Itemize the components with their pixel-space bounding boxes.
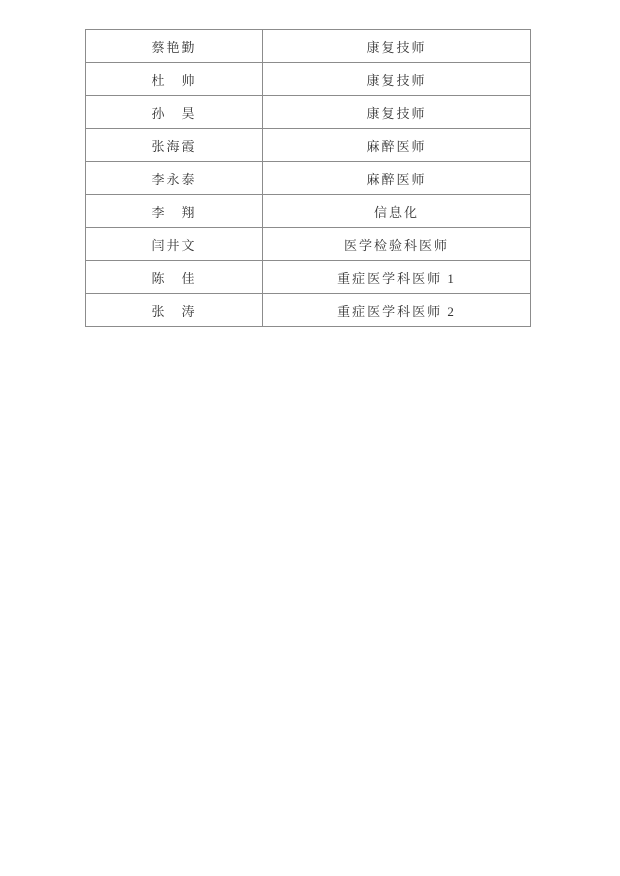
staff-table: 蔡艳勤康复技师杜 帅康复技师孙 昊康复技师张海霞麻醉医师李永泰麻醉医师李 翔信息…	[85, 29, 531, 327]
staff-role-cell: 信息化	[263, 195, 531, 228]
staff-role-cell: 康复技师	[263, 96, 531, 129]
document-page: 蔡艳勤康复技师杜 帅康复技师孙 昊康复技师张海霞麻醉医师李永泰麻醉医师李 翔信息…	[0, 0, 620, 876]
staff-table-body: 蔡艳勤康复技师杜 帅康复技师孙 昊康复技师张海霞麻醉医师李永泰麻醉医师李 翔信息…	[86, 30, 531, 327]
staff-name-cell: 张 涛	[86, 294, 263, 327]
staff-role-cell: 医学检验科医师	[263, 228, 531, 261]
staff-name-cell: 闫井文	[86, 228, 263, 261]
staff-name-cell: 杜 帅	[86, 63, 263, 96]
staff-role-cell: 康复技师	[263, 30, 531, 63]
table-row: 李永泰麻醉医师	[86, 162, 531, 195]
table-row: 孙 昊康复技师	[86, 96, 531, 129]
table-row: 张 涛重症医学科医师 2	[86, 294, 531, 327]
staff-role-cell: 麻醉医师	[263, 129, 531, 162]
staff-name-cell: 陈 佳	[86, 261, 263, 294]
staff-name-cell: 李永泰	[86, 162, 263, 195]
table-row: 闫井文医学检验科医师	[86, 228, 531, 261]
staff-name-cell: 张海霞	[86, 129, 263, 162]
staff-role-cell: 康复技师	[263, 63, 531, 96]
staff-name-cell: 孙 昊	[86, 96, 263, 129]
staff-name-cell: 蔡艳勤	[86, 30, 263, 63]
table-row: 杜 帅康复技师	[86, 63, 531, 96]
staff-role-cell: 麻醉医师	[263, 162, 531, 195]
table-row: 张海霞麻醉医师	[86, 129, 531, 162]
table-row: 李 翔信息化	[86, 195, 531, 228]
staff-role-cell: 重症医学科医师 1	[263, 261, 531, 294]
table-row: 蔡艳勤康复技师	[86, 30, 531, 63]
table-row: 陈 佳重症医学科医师 1	[86, 261, 531, 294]
staff-role-cell: 重症医学科医师 2	[263, 294, 531, 327]
staff-name-cell: 李 翔	[86, 195, 263, 228]
